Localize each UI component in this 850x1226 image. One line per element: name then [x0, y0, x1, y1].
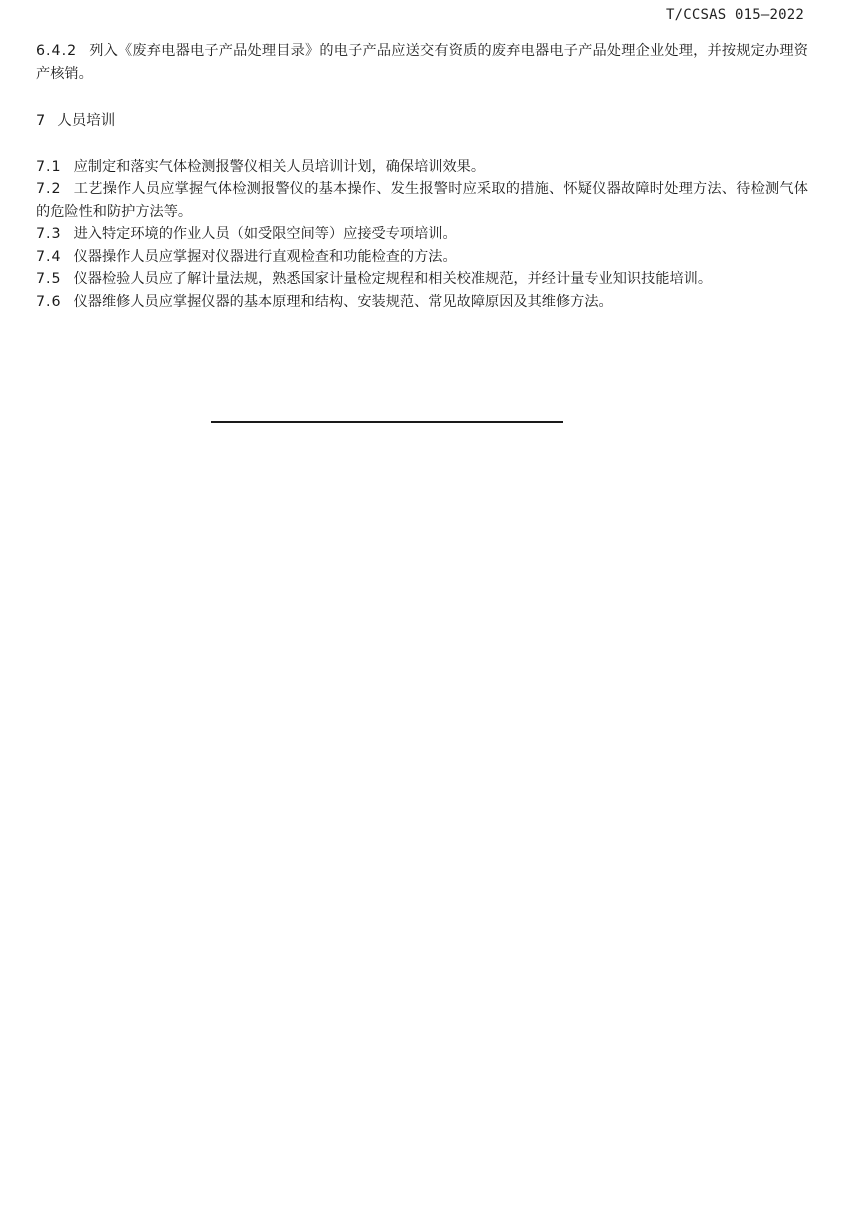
clause-text: 仪器检验人员应了解计量法规，熟悉国家计量检定规程和相关校准规范，并经计量专业知识… [74, 271, 712, 287]
clause-7-6: 7.6仪器维修人员应掌握仪器的基本原理和结构、安装规范、常见故障原因及其维修方法… [36, 291, 808, 314]
clause-7-1: 7.1应制定和落实气体检测报警仪相关人员培训计划，确保培训效果。 [36, 156, 808, 179]
clause-text: 应制定和落实气体检测报警仪相关人员培训计划，确保培训效果。 [74, 159, 485, 175]
clause-text: 仪器维修人员应掌握仪器的基本原理和结构、安装规范、常见故障原因及其维修方法。 [74, 294, 613, 310]
clause-text: 进入特定环境的作业人员（如受限空间等）应接受专项培训。 [74, 226, 457, 242]
clause-number: 7.3 [36, 223, 62, 246]
clause-number: 7.1 [36, 156, 62, 179]
clause-text: 工艺操作人员应掌握气体检测报警仪的基本操作、发生报警时应采取的措施、怀疑仪器故障… [36, 181, 808, 220]
section-number: 7 [36, 110, 45, 133]
clause-text: 仪器操作人员应掌握对仪器进行直观检查和功能检查的方法。 [74, 249, 457, 265]
clause-7-5: 7.5仪器检验人员应了解计量法规，熟悉国家计量检定规程和相关校准规范，并经计量专… [36, 268, 808, 291]
clause-text: 列入《废弃电器电子产品处理目录》的电子产品应送交有资质的废弃电器电子产品处理企业… [36, 43, 808, 82]
section-title: 人员培训 [57, 113, 115, 129]
clause-7-2: 7.2工艺操作人员应掌握气体检测报警仪的基本操作、发生报警时应采取的措施、怀疑仪… [36, 178, 808, 223]
document-body: 6.4.2列入《废弃电器电子产品处理目录》的电子产品应送交有资质的废弃电器电子产… [36, 40, 808, 313]
clause-6-4-2: 6.4.2列入《废弃电器电子产品处理目录》的电子产品应送交有资质的废弃电器电子产… [36, 40, 808, 85]
clause-number: 7.5 [36, 268, 62, 291]
clause-number: 6.4.2 [36, 40, 77, 63]
clause-number: 7.4 [36, 246, 62, 269]
clause-number: 7.2 [36, 178, 62, 201]
clause-number: 7.6 [36, 291, 62, 314]
clause-7-4: 7.4仪器操作人员应掌握对仪器进行直观检查和功能检查的方法。 [36, 246, 808, 269]
standard-code-header: T/CCSAS 015—2022 [666, 7, 804, 23]
section-heading-7: 7人员培训 [36, 110, 808, 133]
end-of-document-rule [211, 421, 563, 423]
clause-7-3: 7.3进入特定环境的作业人员（如受限空间等）应接受专项培训。 [36, 223, 808, 246]
